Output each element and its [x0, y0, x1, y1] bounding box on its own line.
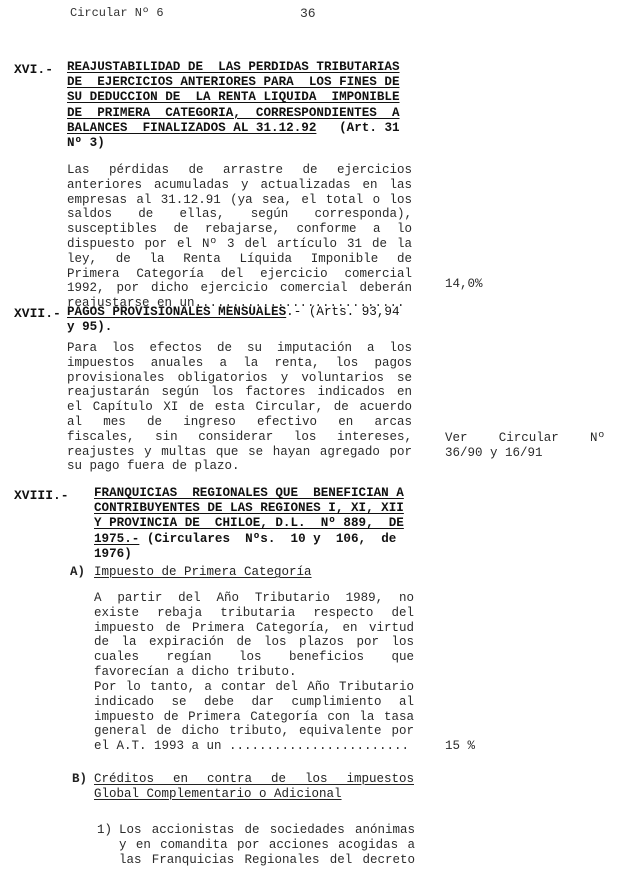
title-line: CONTRIBUYENTES DE LAS REGIONES I, XI, XI… [94, 501, 414, 516]
body-line: al mes de ingreso efectivo en arcas [67, 415, 412, 430]
section-title-xvi: REAJUSTABILIDAD DE LAS PERDIDAS TRIBUTAR… [67, 60, 412, 151]
title-line: Global Complementario o Adicional [94, 787, 414, 802]
circulars-reference: (Circulares Nºs. 10 y 106, de [139, 532, 396, 546]
body-line: de la expiración de los plazos por los [94, 635, 414, 650]
body-line: saldos de ellas, según corresponda), [67, 207, 412, 222]
body-line: las Franquicias Regionales del decreto [119, 853, 415, 868]
title-line: SU DEDUCCION DE LA RENTA LIQUIDA IMPONIB… [67, 90, 412, 105]
rate-value-xviii-a: 15 % [445, 739, 475, 754]
subsection-a-paragraph-1: A partir del Año Tributario 1989, no exi… [94, 591, 414, 680]
rate-value-xvi: 14,0% [445, 277, 483, 292]
note-word: Nº [590, 431, 605, 446]
body-line: provisionales obligatorios y voluntarios… [67, 371, 412, 386]
title-line: DE PRIMERA CATEGORIA, CORRESPONDIENTES A [67, 106, 412, 121]
body-line: favorecían a dicho tributo. [94, 665, 414, 680]
circulars-reference-cont: 1976) [94, 547, 414, 562]
title-underlined: BALANCES FINALIZADOS AL 31.12.92 [67, 121, 316, 135]
body-line: 1992, por dicho ejercicio comercial debe… [67, 281, 412, 296]
body-line: el Capítulo XI de esta Circular, de acue… [67, 400, 412, 415]
body-line: cuales regían los beneficios que [94, 650, 414, 665]
title-line: DE EJERCICIOS ANTERIORES PARA LOS FINES … [67, 75, 412, 90]
title-line: REAJUSTABILIDAD DE LAS PERDIDAS TRIBUTAR… [67, 60, 412, 75]
title-underlined: 1975.- [94, 532, 139, 546]
body-line: impuesto de Primera Categoría, en virtud [94, 621, 414, 636]
note-word: Ver [445, 431, 468, 446]
body-line: empresas al 31.12.91 (ya sea, el total o… [67, 193, 412, 208]
body-line: Para los efectos de su imputación a los [67, 341, 412, 356]
title-underlined: Global Complementario o Adicional [94, 787, 342, 801]
body-line: impuestos anuales a la renta, los pagos [67, 356, 412, 371]
section-numeral-xvii: XVII.- [14, 306, 61, 321]
body-line: Primera Categoría del ejercicio comercia… [67, 267, 412, 282]
body-line: existe rebaja tributaria respecto del [94, 606, 414, 621]
section-numeral-xvi: XVI.- [14, 62, 53, 77]
note-line: 36/90 y 16/91 [445, 446, 605, 461]
body-line: ley, de la Renta Líquida Imponible de [67, 252, 412, 267]
section-body-xvii: Para los efectos de su imputación a los … [67, 341, 412, 474]
title-line: 1975.- (Circulares Nºs. 10 y 106, de [94, 532, 414, 547]
subsection-title-b: Créditos en contra de los impuestos Glob… [94, 772, 414, 802]
title-line: Créditos en contra de los impuestos [94, 772, 414, 787]
title-line: PAGOS PROVISIONALES MENSUALES.- (Arts. 9… [67, 305, 412, 320]
reference-note-xvii: Ver Circular Nº 36/90 y 16/91 [445, 431, 605, 461]
body-line: y en comandita por acciones acogidas a [119, 838, 415, 853]
article-reference: (Art. 31 [339, 121, 399, 135]
document-header: Circular Nº 6 [70, 6, 164, 20]
body-line: impuesto de Primera Categoría con la tas… [94, 710, 414, 725]
subsection-a-paragraph-2: Por lo tanto, a contar del Año Tributari… [94, 680, 414, 754]
note-word: Circular [499, 431, 559, 446]
section-title-xviii: FRANQUICIAS REGIONALES QUE BENEFICIAN A … [94, 486, 414, 562]
body-line: el A.T. 1993 a un ......................… [94, 739, 414, 754]
body-line: susceptibles de rebajarse, conforme a lo [67, 222, 412, 237]
subsection-label-b: B) [72, 772, 87, 786]
item-label-1: 1) [97, 823, 112, 837]
section-title-xvii: PAGOS PROVISIONALES MENSUALES.- (Arts. 9… [67, 305, 412, 335]
body-line: fiscales, sin considerar los intereses, [67, 430, 412, 445]
body-line: reajustarán según los factores indicados… [67, 385, 412, 400]
body-line: Por lo tanto, a contar del Año Tributari… [94, 680, 414, 695]
page-number: 36 [300, 6, 316, 21]
subsection-label-a: A) [70, 565, 85, 579]
article-reference-cont: Nº 3) [67, 136, 412, 151]
title-line: Y PROVINCIA DE CHILOE, D.L. Nº 889, DE [94, 516, 414, 531]
section-numeral-xviii: XVIII.- [14, 488, 69, 503]
section-body-xvi: Las pérdidas de arrastre de ejercicios a… [67, 163, 412, 311]
body-line: Las pérdidas de arrastre de ejercicios [67, 163, 412, 178]
subsection-title-a: Impuesto de Primera Categoría [94, 565, 312, 579]
body-line: A partir del Año Tributario 1989, no [94, 591, 414, 606]
body-line: general de dicho tributo, equivalente po… [94, 724, 414, 739]
title-underlined: PAGOS PROVISIONALES MENSUALES [67, 305, 286, 319]
article-reference-cont: y 95). [67, 320, 412, 335]
note-line: Ver Circular Nº [445, 431, 605, 446]
body-line: indicado se debe dar cumplimiento al [94, 695, 414, 710]
body-line: anteriores acumuladas y actualizadas en … [67, 178, 412, 193]
body-line: reajustes y multas que se hayan agregado… [67, 445, 412, 460]
body-line: dispuesto por el Nº 3 del artículo 31 de… [67, 237, 412, 252]
body-line: su pago fuera de plazo. [67, 459, 412, 474]
title-line: FRANQUICIAS REGIONALES QUE BENEFICIAN A [94, 486, 414, 501]
subsection-b-item-1: Los accionistas de sociedades anónimas y… [119, 823, 415, 867]
title-line: BALANCES FINALIZADOS AL 31.12.92 (Art. 3… [67, 121, 412, 136]
body-line: Los accionistas de sociedades anónimas [119, 823, 415, 838]
article-reference: .- (Arts. 93,94 [286, 305, 399, 319]
